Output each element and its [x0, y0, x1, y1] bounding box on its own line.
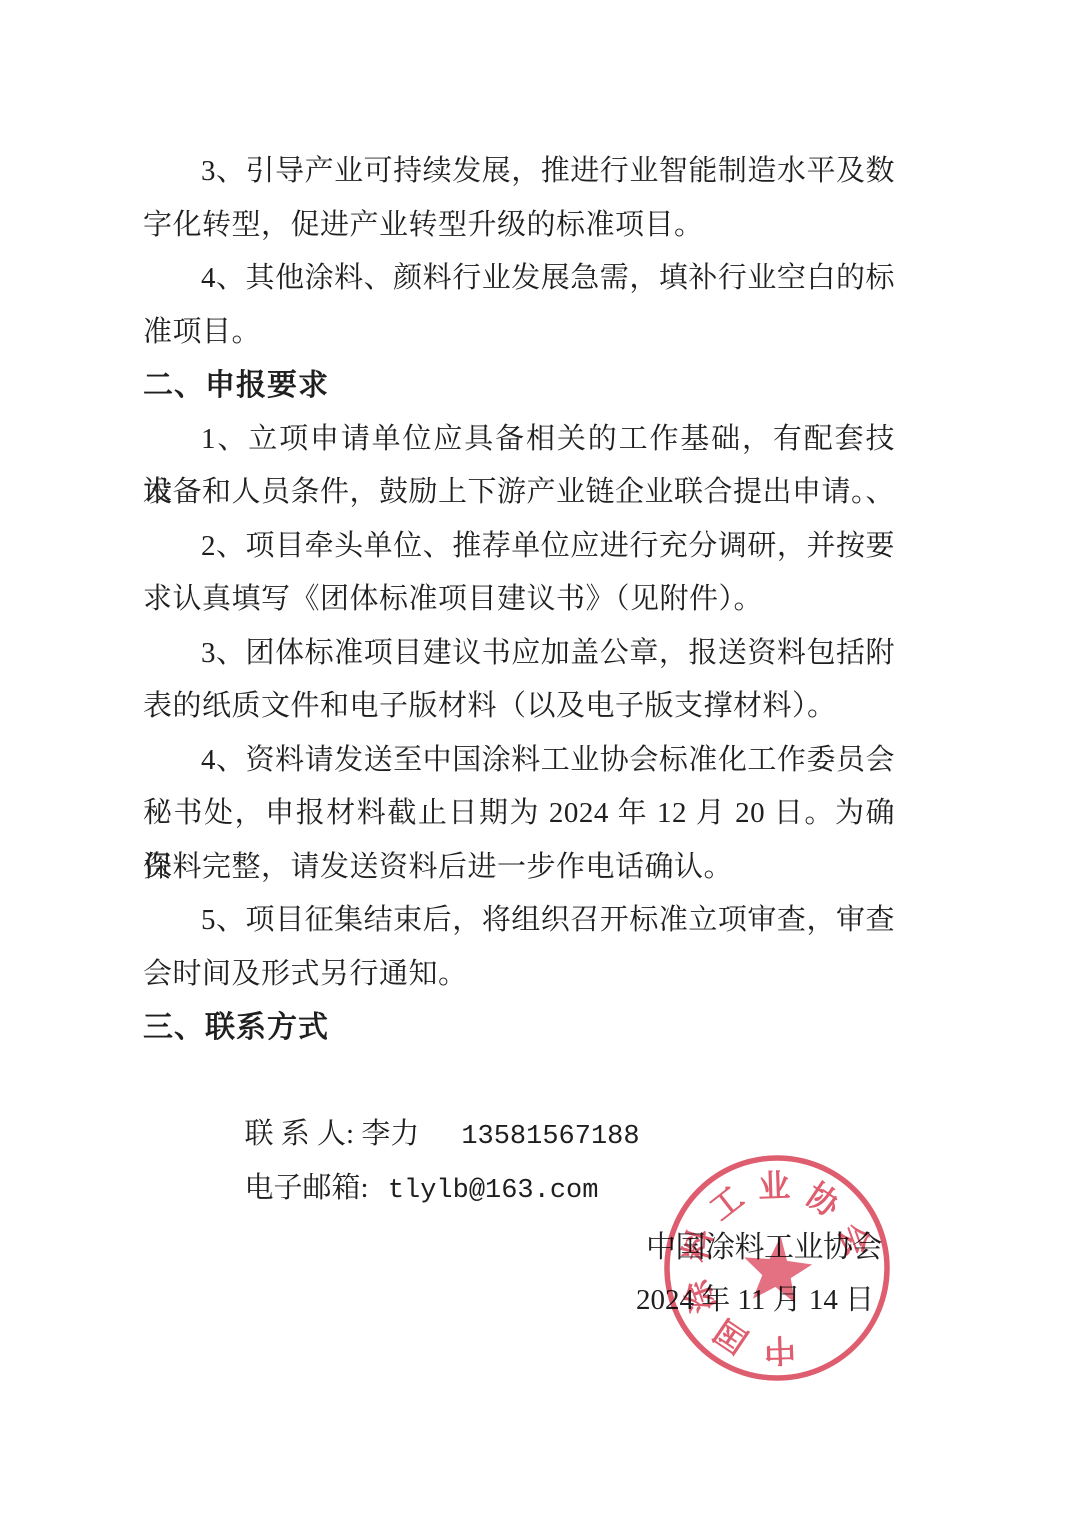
body-line: 2、项目牵头单位、推荐单位应进行充分调研，并按要 — [143, 520, 895, 574]
seal-star-icon — [740, 1233, 815, 1305]
contact-phone: 13581567188 — [461, 1122, 639, 1152]
body-line: 字化转型，促进产业转型升级的标准项目。 — [143, 199, 895, 253]
body-line: 会时间及形式另行通知。 — [143, 948, 895, 1002]
seal-char: 料 — [676, 1225, 719, 1266]
body-line: 表的纸质文件和电子版材料（以及电子版支撑材料）。 — [143, 680, 895, 734]
body-line: 4、其他涂料、颜料行业发展急需，填补行业空白的标 — [143, 252, 895, 306]
seal-char: 业 — [758, 1168, 791, 1205]
seal-char: 涂 — [678, 1275, 723, 1317]
body-line: 1、立项申请单位应具备相关的工作基础，有配套技术、 — [143, 413, 895, 467]
body-line: 5、项目征集结束后，将组织召开标准立项审查，审查 — [143, 894, 895, 948]
seal-char: 工 — [703, 1179, 750, 1227]
contact-name-label: 联 系 人: — [245, 1118, 362, 1150]
document-page: 3、引导产业可持续发展，推进行业智能制造水平及数 字化转型，促进产业转型升级的标… — [0, 0, 1080, 1527]
section-heading-3: 三、联系方式 — [143, 1001, 895, 1055]
contact-email: tlylb@163.com — [388, 1176, 599, 1206]
body-line: 3、引导产业可持续发展，推进行业智能制造水平及数 — [143, 145, 895, 199]
body-line: 资料完整，请发送资料后进一步作电话确认。 — [143, 841, 895, 895]
body-line: 3、团体标准项目建议书应加盖公章，报送资料包括附 — [143, 627, 895, 681]
seal-char: 国 — [708, 1312, 755, 1360]
document-body: 3、引导产业可持续发展，推进行业智能制造水平及数 字化转型，促进产业转型升级的标… — [143, 145, 895, 1162]
seal-char: 中 — [763, 1331, 796, 1368]
contact-name: 李力 — [361, 1118, 419, 1150]
seal-char: 协 — [800, 1176, 847, 1224]
body-line: 求认真填写《团体标准项目建议书》（见附件）。 — [143, 573, 895, 627]
official-seal: 中 国 涂 料 工 业 协 会 — [657, 1148, 897, 1388]
section-heading-2: 二、申报要求 — [143, 359, 895, 413]
body-line: 秘书处，申报材料截止日期为 2024 年 12 月 20 日。为确保 — [143, 787, 895, 841]
body-line: 设备和人员条件，鼓励上下游产业链企业联合提出申请。 — [143, 466, 895, 520]
body-line: 准项目。 — [143, 306, 895, 360]
body-line: 4、资料请发送至中国涂料工业协会标准化工作委员会 — [143, 734, 895, 788]
contact-email-label: 电子邮箱: — [245, 1172, 376, 1204]
contact-person-line: 联 系 人: 李力13581567188 — [143, 1055, 895, 1109]
seal-char: 会 — [832, 1219, 877, 1261]
